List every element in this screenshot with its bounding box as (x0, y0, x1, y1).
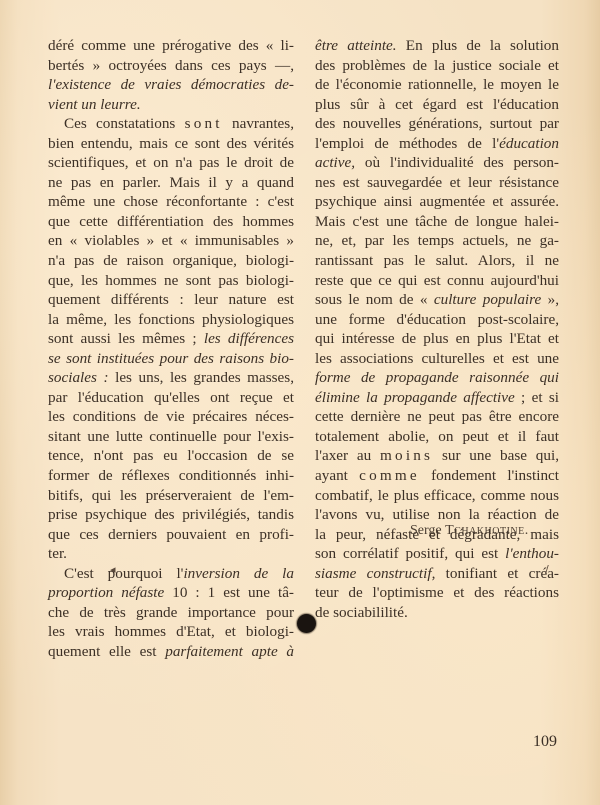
body-text: où l'individualité des person- (355, 154, 559, 171)
text-line: vient un leurre. (48, 95, 294, 115)
body-text: sitant une lutte continuelle pour l'exis… (48, 428, 294, 445)
emphasis-text: parfaitement apte à (165, 643, 294, 660)
body-text: moins (380, 447, 433, 464)
text-line: che de très grande importance pour (48, 603, 294, 623)
text-line: même une chose réconfortante : c'est (48, 192, 294, 212)
text-line: plus sûr à cet égard est l'éducation (315, 95, 559, 115)
text-line: une forme d'éducation post-scolaire, (315, 310, 559, 330)
body-text: Ces constatations (64, 115, 185, 132)
text-line: bertés » octroyées dans ces pays —, (48, 56, 294, 76)
text-line: cette dernière ne peut pas être encore (315, 407, 559, 427)
body-text: rantissant pas le salut. Alors, il ne (315, 252, 559, 269)
page-number: 109 (533, 733, 557, 751)
body-text: tonifiant et créa- (435, 565, 559, 582)
emphasis-text: siasme constructif, (315, 565, 435, 582)
text-line: psychique ainsi augmentée et assurée. (315, 192, 559, 212)
text-line: totalement abolie, on peut et il faut (315, 427, 559, 447)
text-line: l'axer au moins sur une base qui, (315, 446, 559, 466)
body-text: l'avons vu, utilise non la réaction de (315, 506, 559, 523)
body-text: sont aussi les mêmes ; (48, 330, 204, 347)
body-text: que ces derniers pouvaient en profi- (48, 526, 294, 543)
body-text: plus sûr à cet égard est l'éducation (315, 96, 559, 113)
emphasis-text: vient un leurre. (48, 96, 141, 113)
body-text: tence, n'ont pas eu l'occasion de se (48, 447, 294, 464)
text-line: l'existence de vraies démocraties de- (48, 75, 294, 95)
body-text: l'axer au (315, 447, 380, 464)
text-line: C'est pourquoi l'inversion de la (48, 564, 294, 584)
body-text: par l'éducation qu'elles ont reçue et (48, 389, 294, 406)
text-line: n'a pas de raison organique, biologi- (48, 251, 294, 271)
text-line: de l'économie rationnelle, le moyen le (315, 75, 559, 95)
body-text: déré comme une prérogative des « li- (48, 37, 294, 54)
text-line: déré comme une prérogative des « li- (48, 36, 294, 56)
body-text: psychique ainsi augmentée et assurée. (315, 193, 559, 210)
body-text: ne, et, par les temps actuels, ne ga- (315, 232, 559, 249)
text-line: les associations culturelles et est une (315, 349, 559, 369)
text-line: Mais c'est une tâche de longue halei- (315, 212, 559, 232)
text-line: de sociabililité. (315, 603, 559, 623)
text-line: les vrais hommes d'Etat, et biologi- (48, 622, 294, 642)
body-text: », (541, 291, 559, 308)
text-line: ter. (48, 544, 294, 564)
body-text: ter. (48, 545, 67, 562)
emphasis-text: l'enthou- (505, 545, 559, 562)
body-text: en « violables » et « immunisables » (48, 232, 294, 249)
body-text: ; et si (515, 389, 559, 406)
text-line: sous le nom de « culture populaire », (315, 290, 559, 310)
emphasis-text: l'existence de vraies démocraties de- (48, 76, 294, 93)
left-column: déré comme une prérogative des « li-bert… (48, 36, 294, 662)
text-line: sitant une lutte continuelle pour l'exis… (48, 427, 294, 447)
body-text: bertés » octroyées dans ces pays —, (48, 57, 294, 74)
emphasis-text: culture populaire (434, 291, 541, 308)
body-text: qui intéresse de plus en plus l'Etat et (315, 330, 559, 347)
body-text: 10 : 1 est une tâ- (164, 584, 294, 601)
text-line: des problèmes de la justice sociale et (315, 56, 559, 76)
text-line: scientifiques, et on n'a pas le droit de (48, 153, 294, 173)
emphasis-text: forme de propagande raisonnée qui (315, 369, 559, 386)
text-line: teur de l'optimisme et des réactions (315, 583, 559, 603)
text-line: active, où l'individualité des person- (315, 153, 559, 173)
emphasis-text: se sont instituées pour des raisons bio- (48, 350, 294, 367)
body-text: Mais c'est une tâche de longue halei- (315, 213, 559, 230)
body-text: l'emploi de méthodes de l' (315, 135, 499, 152)
body-text: comme (359, 467, 420, 484)
text-line: forme de propagande raisonnée qui (315, 368, 559, 388)
text-line: quement différents : leur nature est (48, 290, 294, 310)
emphasis-text: éducation (499, 135, 559, 152)
emphasis-text: proportion néfaste (48, 584, 164, 601)
text-line: la même, les fonctions physiologiques (48, 310, 294, 330)
text-line: reste que ce qui est connu aujourd'hui (315, 271, 559, 291)
body-text: nes est sauvegardée et leur résistance (315, 174, 559, 191)
author-first-name: Serge (410, 523, 442, 538)
text-line: sociales : les uns, les grandes masses, (48, 368, 294, 388)
text-line: proportion néfaste 10 : 1 est une tâ- (48, 583, 294, 603)
body-text: sous le nom de « (315, 291, 434, 308)
body-text: ayant (315, 467, 359, 484)
text-line: par l'éducation qu'elles ont reçue et (48, 388, 294, 408)
body-text: totalement abolie, on peut et il faut (315, 428, 559, 445)
author-signature: Serge Tchakhotine. (410, 523, 529, 539)
document-page: déré comme une prérogative des « li-bert… (0, 0, 600, 805)
body-text: teur de l'optimisme et des réactions (315, 584, 559, 601)
text-line: l'emploi de méthodes de l'éducation (315, 134, 559, 154)
body-text: bitifs, qui les préserveraient de l'em- (48, 487, 294, 504)
text-line: élimine la propagande affective ; et si (315, 388, 559, 408)
text-line: siasme constructif, tonifiant et créa- (315, 564, 559, 584)
text-line: être atteinte. En plus de la solution (315, 36, 559, 56)
text-line: Ces constatations sont navrantes, (48, 114, 294, 134)
body-text: les associations culturelles et est une (315, 350, 559, 367)
body-text: des nouvelles générations, surtout par (315, 115, 559, 132)
body-text: sur une base qui, (433, 447, 559, 464)
text-line: que ces derniers pouvaient en profi- (48, 525, 294, 545)
body-text: navrantes, (223, 115, 294, 132)
body-text: une forme d'éducation post-scolaire, (315, 311, 559, 328)
body-text: fondement l'instinct (420, 467, 559, 484)
emphasis-text: les différences (204, 330, 294, 347)
body-text: quement différents : leur nature est (48, 291, 294, 308)
body-text: ne pas en parler. Mais il y a quand (48, 174, 294, 191)
text-line: tence, n'ont pas eu l'occasion de se (48, 446, 294, 466)
body-text: prise psychique des privilégiés, tandis (48, 506, 294, 523)
body-text: même une chose réconfortante : c'est (48, 193, 294, 210)
punch-hole-icon (297, 614, 316, 633)
text-line: quement elle est parfaitement apte à (48, 642, 294, 662)
text-line: combatif, le plus efficace, comme nous (315, 486, 559, 506)
text-line: que, les hommes ne sont pas biologi- (48, 271, 294, 291)
body-text: de l'économie rationnelle, le moyen le (315, 76, 559, 93)
body-text: les uns, les grandes masses, (109, 369, 294, 386)
stray-mark: / (545, 563, 549, 576)
text-line: ayant comme fondement l'instinct (315, 466, 559, 486)
body-text: son corrélatif positif, qui est (315, 545, 505, 562)
body-text: che de très grande importance pour (48, 604, 294, 621)
body-text: cette dernière ne peut pas être encore (315, 408, 559, 425)
body-text: C'est pourquoi l' (64, 565, 183, 582)
body-text: de sociabililité. (315, 604, 408, 621)
text-line: ne, et, par les temps actuels, ne ga- (315, 231, 559, 251)
body-text: quement elle est (48, 643, 165, 660)
body-text: combatif, le plus efficace, comme nous (315, 487, 559, 504)
text-line: les conditions de vie précaires néces- (48, 407, 294, 427)
emphasis-text: active, (315, 154, 355, 171)
text-line: l'avons vu, utilise non la réaction de (315, 505, 559, 525)
emphasis-text: élimine la propagande affective (315, 389, 515, 406)
body-text: que cette différentiation des hommes (48, 213, 294, 230)
text-line: bitifs, qui les préserveraient de l'em- (48, 486, 294, 506)
emphasis-text: inversion de la (183, 565, 294, 582)
text-line: former de réflexes conditionnés inhi- (48, 466, 294, 486)
body-text: que, les hommes ne sont pas biologi- (48, 272, 294, 289)
body-text: les conditions de vie précaires néces- (48, 408, 294, 425)
body-text: scientifiques, et on n'a pas le droit de (48, 154, 294, 171)
text-line: se sont instituées pour des raisons bio- (48, 349, 294, 369)
ink-speck-icon: ◂ (110, 563, 116, 576)
body-text: sont (185, 115, 223, 132)
text-line: bien entendu, mais ce sont des vérités (48, 134, 294, 154)
body-text: bien entendu, mais ce sont des vérités (48, 135, 294, 152)
author-last-name: Tchakhotine. (445, 523, 529, 538)
text-line: sont aussi les mêmes ; les différences (48, 329, 294, 349)
text-line: ne pas en parler. Mais il y a quand (48, 173, 294, 193)
body-text: En plus de la solution (397, 37, 559, 54)
body-text: n'a pas de raison organique, biologi- (48, 252, 294, 269)
text-line: que cette différentiation des hommes (48, 212, 294, 232)
text-line: des nouvelles générations, surtout par (315, 114, 559, 134)
emphasis-text: être atteinte. (315, 37, 397, 54)
body-text: des problèmes de la justice sociale et (315, 57, 559, 74)
text-line: en « violables » et « immunisables » (48, 231, 294, 251)
text-line: son corrélatif positif, qui est l'enthou… (315, 544, 559, 564)
text-line: prise psychique des privilégiés, tandis (48, 505, 294, 525)
body-text: former de réflexes conditionnés inhi- (48, 467, 294, 484)
text-line: nes est sauvegardée et leur résistance (315, 173, 559, 193)
body-text: la même, les fonctions physiologiques (48, 311, 294, 328)
text-line: rantissant pas le salut. Alors, il ne (315, 251, 559, 271)
emphasis-text: sociales : (48, 369, 109, 386)
text-line: qui intéresse de plus en plus l'Etat et (315, 329, 559, 349)
body-text: les vrais hommes d'Etat, et biologi- (48, 623, 294, 640)
body-text: reste que ce qui est connu aujourd'hui (315, 272, 559, 289)
